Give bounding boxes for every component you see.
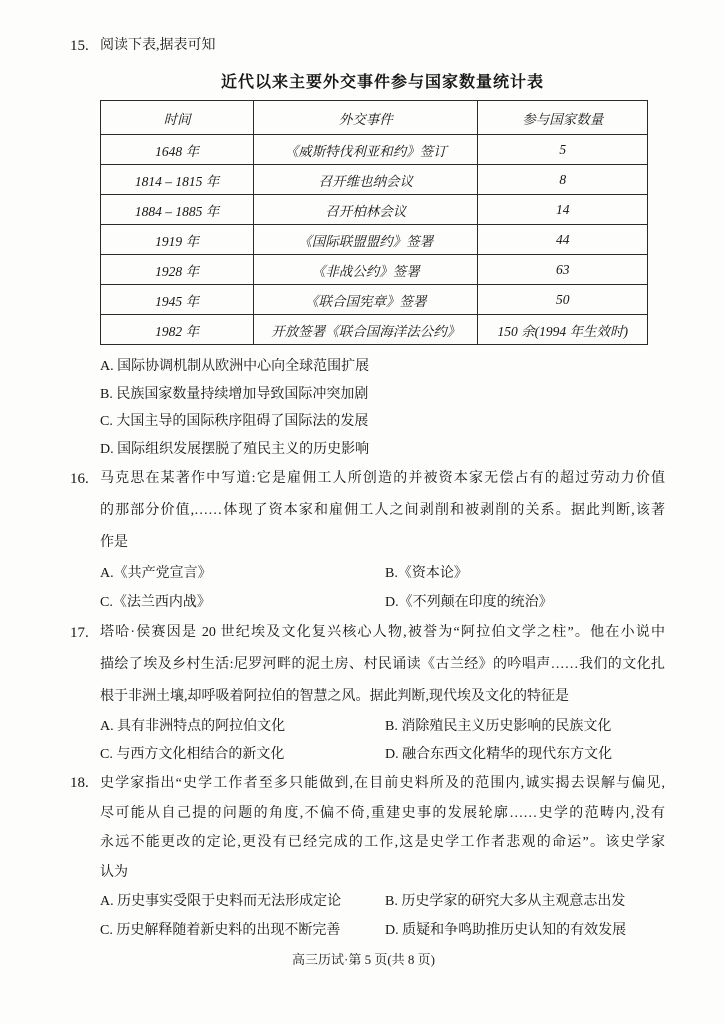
table-row: 1928 年 《非战公约》签署 63 bbox=[101, 255, 648, 285]
table-row: 1814 – 1815 年 召开维也纳会议 8 bbox=[101, 165, 648, 195]
cell-count: 5 bbox=[478, 135, 648, 165]
option-18-d: D. 质疑和争鸣助推历史认知的有效发展 bbox=[385, 916, 665, 945]
cell-event: 召开维也纳会议 bbox=[254, 165, 478, 195]
cell-year: 1884 – 1885 年 bbox=[101, 195, 254, 225]
question-18-options: A. 历史事实受限于史料而无法形成定论 B. 历史学家的研究大多从主观意志出发 … bbox=[100, 887, 665, 945]
question-17: 17. 塔哈·侯赛因是 20 世纪埃及文化复兴核心人物,被誉为“阿拉伯文学之柱”… bbox=[62, 617, 665, 769]
cell-event: 开放签署《联合国海洋法公约》 bbox=[254, 315, 478, 345]
question-16: 16. 马克思在某著作中写道:它是雇佣工人所创造的并被资本家无偿占有的超过劳动力… bbox=[62, 463, 665, 617]
option-17-b: B. 消除殖民主义历史影响的民族文化 bbox=[385, 713, 665, 741]
cell-year: 1919 年 bbox=[101, 225, 254, 255]
question-17-stem-line: 描绘了埃及乡村生活:尼罗河畔的泥土房、村民诵读《古兰经》的吟唱声……我们的文化扎 bbox=[100, 649, 665, 681]
question-15-number: 15. bbox=[62, 32, 100, 463]
table-header-row: 时间 外交事件 参与国家数量 bbox=[101, 101, 648, 135]
question-16-stem-line: 的那部分价值,……体现了资本家和雇佣工人之间剥削和被剥削的关系。据此判断,该著 bbox=[100, 495, 665, 527]
col-header-count: 参与国家数量 bbox=[478, 101, 648, 135]
question-18-body: 史学家指出“史学工作者至多只能做到,在目前史料所及的范围内,诚实揭去误解与偏见,… bbox=[100, 769, 665, 945]
option-18-a: A. 历史事实受限于史料而无法形成定论 bbox=[100, 887, 385, 916]
cell-event: 《国际联盟盟约》签署 bbox=[254, 225, 478, 255]
cell-year: 1648 年 bbox=[101, 135, 254, 165]
option-17-a: A. 具有非洲特点的阿拉伯文化 bbox=[100, 713, 385, 741]
cell-event: 《联合国宪章》签署 bbox=[254, 285, 478, 315]
option-15-c: C. 大国主导的国际秩序阻碍了国际法的发展 bbox=[100, 408, 665, 436]
cell-count: 150 余(1994 年生效时) bbox=[478, 315, 648, 345]
cell-event: 《威斯特伐利亚和约》签订 bbox=[254, 135, 478, 165]
question-18-stem-line: 永远不能更改的定论,更没有已经完成的工作,这是史学工作者悲观的命运”。该史学家 bbox=[100, 828, 665, 858]
question-16-options: A.《共产党宣言》 B.《资本论》 C.《法兰西内战》 D.《不列颠在印度的统治… bbox=[100, 559, 665, 617]
question-17-stem-line: 根于非洲土壤,却呼吸着阿拉伯的智慧之风。据此判断,现代埃及文化的特征是 bbox=[100, 681, 665, 713]
question-16-body: 马克思在某著作中写道:它是雇佣工人所创造的并被资本家无偿占有的超过劳动力价值 的… bbox=[100, 463, 665, 617]
option-16-d: D.《不列颠在印度的统治》 bbox=[385, 588, 665, 617]
question-18-stem-line: 尽可能从自己提的问题的角度,不偏不倚,重建史事的发展轮廓……史学的范畴内,没有 bbox=[100, 799, 665, 829]
table-row: 1884 – 1885 年 召开柏林会议 14 bbox=[101, 195, 648, 225]
cell-count: 8 bbox=[478, 165, 648, 195]
question-18-stem-line: 史学家指出“史学工作者至多只能做到,在目前史料所及的范围内,诚实揭去误解与偏见, bbox=[100, 769, 665, 799]
question-15: 15. 阅读下表,据表可知 近代以来主要外交事件参与国家数量统计表 时间 外交事… bbox=[62, 32, 665, 463]
page-footer: 高三历试·第 5 页(共 8 页) bbox=[62, 951, 665, 969]
col-header-event: 外交事件 bbox=[254, 101, 478, 135]
question-17-stem-line: 塔哈·侯赛因是 20 世纪埃及文化复兴核心人物,被誉为“阿拉伯文学之柱”。他在小… bbox=[100, 617, 665, 649]
col-header-time: 时间 bbox=[101, 101, 254, 135]
question-15-options: A. 国际协调机制从欧洲中心向全球范围扩展 B. 民族国家数量持续增加导致国际冲… bbox=[100, 353, 665, 463]
cell-count: 14 bbox=[478, 195, 648, 225]
option-15-a: A. 国际协调机制从欧洲中心向全球范围扩展 bbox=[100, 353, 665, 381]
option-16-a: A.《共产党宣言》 bbox=[100, 559, 385, 588]
question-16-number: 16. bbox=[62, 463, 100, 617]
cell-event: 召开柏林会议 bbox=[254, 195, 478, 225]
option-18-b: B. 历史学家的研究大多从主观意志出发 bbox=[385, 887, 665, 916]
cell-event: 《非战公约》签署 bbox=[254, 255, 478, 285]
table-row: 1648 年 《威斯特伐利亚和约》签订 5 bbox=[101, 135, 648, 165]
cell-year: 1945 年 bbox=[101, 285, 254, 315]
question-17-options: A. 具有非洲特点的阿拉伯文化 B. 消除殖民主义历史影响的民族文化 C. 与西… bbox=[100, 713, 665, 769]
option-18-c: C. 历史解释随着新史料的出现不断完善 bbox=[100, 916, 385, 945]
cell-count: 50 bbox=[478, 285, 648, 315]
diplomatic-events-table: 时间 外交事件 参与国家数量 1648 年 《威斯特伐利亚和约》签订 5 181… bbox=[100, 100, 648, 345]
question-16-stem-line: 马克思在某著作中写道:它是雇佣工人所创造的并被资本家无偿占有的超过劳动力价值 bbox=[100, 463, 665, 495]
option-16-b: B.《资本论》 bbox=[385, 559, 665, 588]
question-15-stem: 阅读下表,据表可知 bbox=[100, 32, 665, 60]
question-18-number: 18. bbox=[62, 769, 100, 945]
cell-count: 63 bbox=[478, 255, 648, 285]
question-18-stem-line: 认为 bbox=[100, 858, 665, 888]
cell-year: 1928 年 bbox=[101, 255, 254, 285]
question-17-number: 17. bbox=[62, 617, 100, 769]
cell-year: 1982 年 bbox=[101, 315, 254, 345]
question-16-stem-line: 作是 bbox=[100, 527, 665, 559]
table-row: 1945 年 《联合国宪章》签署 50 bbox=[101, 285, 648, 315]
question-17-body: 塔哈·侯赛因是 20 世纪埃及文化复兴核心人物,被誉为“阿拉伯文学之柱”。他在小… bbox=[100, 617, 665, 769]
option-16-c: C.《法兰西内战》 bbox=[100, 588, 385, 617]
option-15-d: D. 国际组织发展摆脱了殖民主义的历史影响 bbox=[100, 436, 665, 464]
table-row: 1919 年 《国际联盟盟约》签署 44 bbox=[101, 225, 648, 255]
option-15-b: B. 民族国家数量持续增加导致国际冲突加剧 bbox=[100, 381, 665, 409]
question-15-body: 阅读下表,据表可知 近代以来主要外交事件参与国家数量统计表 时间 外交事件 参与… bbox=[100, 32, 665, 463]
question-18: 18. 史学家指出“史学工作者至多只能做到,在目前史料所及的范围内,诚实揭去误解… bbox=[62, 769, 665, 945]
table-title: 近代以来主要外交事件参与国家数量统计表 bbox=[100, 70, 665, 96]
table-row: 1982 年 开放签署《联合国海洋法公约》 150 余(1994 年生效时) bbox=[101, 315, 648, 345]
option-17-c: C. 与西方文化相结合的新文化 bbox=[100, 741, 385, 769]
option-17-d: D. 融合东西文化精华的现代东方文化 bbox=[385, 741, 665, 769]
cell-count: 44 bbox=[478, 225, 648, 255]
cell-year: 1814 – 1815 年 bbox=[101, 165, 254, 195]
exam-page: 15. 阅读下表,据表可知 近代以来主要外交事件参与国家数量统计表 时间 外交事… bbox=[0, 0, 725, 1024]
